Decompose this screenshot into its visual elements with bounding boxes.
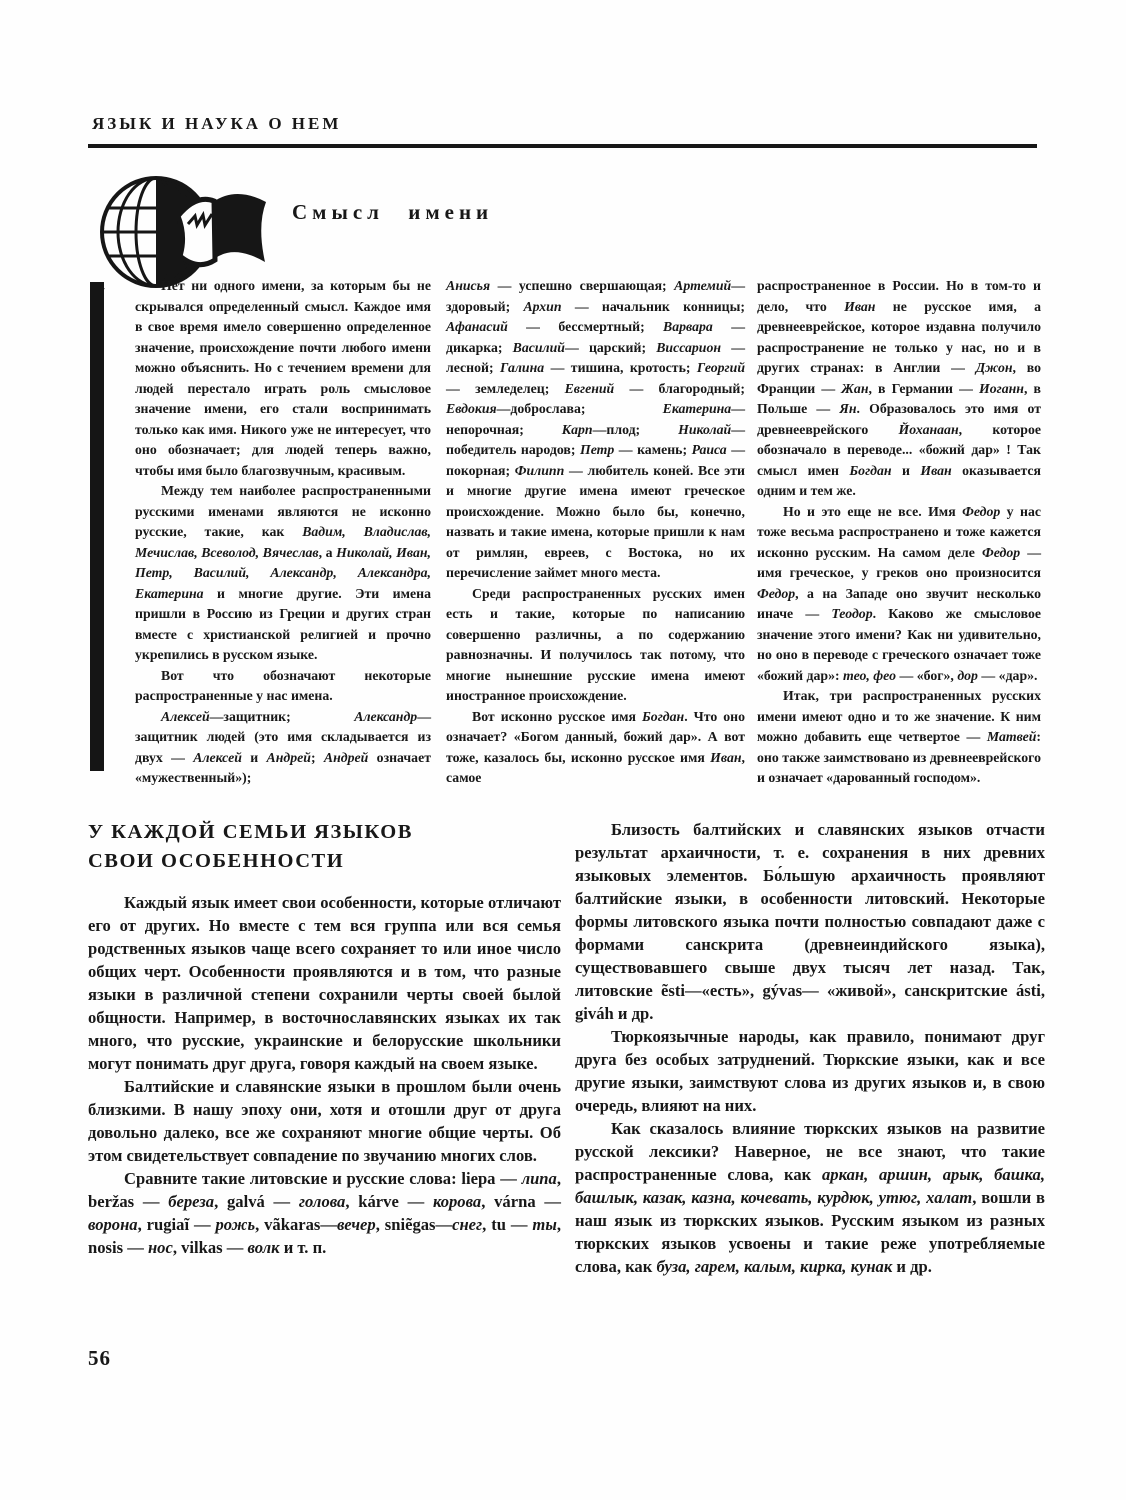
article2-column-1-body: Каждый язык имеет свои особенности, кото… — [88, 891, 561, 1259]
paragraph: распространенное в России. Но в том-то и… — [757, 276, 1041, 502]
paragraph: Нет ни одного имени, за которым бы не ск… — [135, 276, 431, 481]
paragraph: Итак, три распространенных русских имени… — [757, 686, 1041, 789]
paragraph: Между тем наиболее распространенными рус… — [135, 481, 431, 666]
paragraph: Но и это еще не все. Имя Федор у нас тож… — [757, 502, 1041, 687]
section-heading: У КАЖДОЙ СЕМЬИ ЯЗЫКОВ СВОИ ОСОБЕННОСТИ — [88, 818, 561, 876]
running-head: ЯЗЫК И НАУКА О НЕМ — [92, 114, 341, 134]
paragraph: Балтийские и славянские языки в прошлом … — [88, 1075, 561, 1167]
article1-column-1: Нет ни одного имени, за которым бы не ск… — [135, 276, 431, 789]
paragraph: Анисья — успешно свершающая; Артемий—здо… — [446, 276, 745, 584]
article-accent-bar — [90, 282, 104, 771]
paragraph: Вот исконно русское имя Богдан. Что оно … — [446, 707, 745, 789]
article-title: Смысл имени — [292, 200, 493, 225]
paragraph: Вот что обозначают некоторые распростран… — [135, 666, 431, 707]
paragraph: Тюркоязычные народы, как правило, понима… — [575, 1025, 1045, 1117]
paragraph: Алексей—защитник; Александр— защитник лю… — [135, 707, 431, 789]
article2-column-1: У КАЖДОЙ СЕМЬИ ЯЗЫКОВ СВОИ ОСОБЕННОСТИ К… — [88, 818, 561, 1259]
paragraph: Каждый язык имеет свои особенности, кото… — [88, 891, 561, 1075]
paragraph: Как сказалось влияние тюркских языков на… — [575, 1117, 1045, 1278]
section-heading-line: СВОИ ОСОБЕННОСТИ — [88, 847, 561, 876]
paragraph: Среди распространенных русских имен есть… — [446, 584, 745, 707]
header-rule — [88, 144, 1037, 148]
article2-column-2: Близость балтийских и славянских языков … — [575, 818, 1045, 1278]
paragraph: Близость балтийских и славянских языков … — [575, 818, 1045, 1025]
section-heading-line: У КАЖДОЙ СЕМЬИ ЯЗЫКОВ — [88, 818, 561, 847]
article1-column-3: распространенное в России. Но в том-то и… — [757, 276, 1041, 789]
article1-column-2: Анисья — успешно свершающая; Артемий—здо… — [446, 276, 745, 789]
page-number: 56 — [88, 1346, 111, 1371]
paragraph: Сравните такие литовские и русские слова… — [88, 1167, 561, 1259]
scanned-page: ЯЗЫК И НАУКА О НЕМ Смысл имени Нет ни од… — [0, 0, 1126, 1500]
